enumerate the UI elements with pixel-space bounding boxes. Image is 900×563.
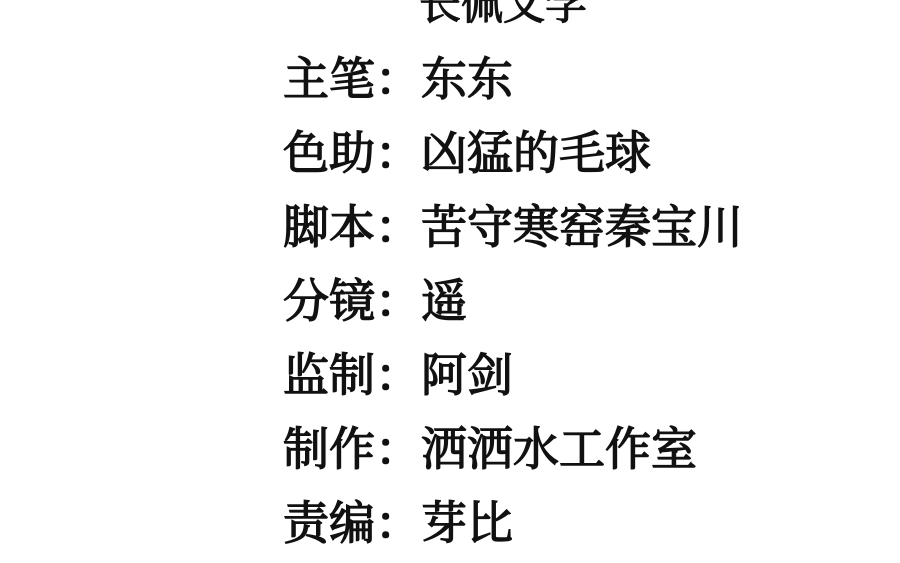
- credit-role: 分镜: [283, 264, 375, 338]
- credit-row-production: 制作：洒洒水工作室: [283, 412, 723, 486]
- credit-name: 阿剑: [421, 338, 513, 412]
- credit-name: 东东: [421, 42, 513, 116]
- credits-block: 长佩文学 主笔：东东 色助：凶猛的毛球 脚本：苦守寒窑秦宝川 分镜：遥 监制：阿…: [283, 0, 723, 560]
- credit-role: 主笔: [283, 42, 375, 116]
- credit-role: 色助: [283, 116, 375, 190]
- credit-row-lead-artist: 主笔：东东: [283, 42, 723, 116]
- credit-colon: ：: [375, 116, 421, 190]
- credit-name: 芽比: [421, 486, 513, 560]
- credit-row-script: 脚本：苦守寒窑秦宝川: [283, 190, 723, 264]
- credit-name: 凶猛的毛球: [421, 116, 651, 190]
- credits-page: 长佩文学 主笔：东东 色助：凶猛的毛球 脚本：苦守寒窑秦宝川 分镜：遥 监制：阿…: [0, 0, 900, 563]
- credit-colon: ：: [375, 190, 421, 264]
- credit-colon: ：: [375, 264, 421, 338]
- credit-name: 遥: [421, 264, 467, 338]
- credit-colon: ：: [375, 412, 421, 486]
- credit-colon: ：: [375, 42, 421, 116]
- credit-colon: ：: [375, 486, 421, 560]
- credit-role: 责编: [283, 486, 375, 560]
- credit-row-supervisor: 监制：阿剑: [283, 338, 723, 412]
- credit-role: 制作: [283, 412, 375, 486]
- credit-row-editor: 责编：芽比: [283, 486, 723, 560]
- publisher-title-row: 长佩文学: [283, 0, 723, 42]
- publisher-title: 长佩文学: [419, 0, 587, 42]
- credit-role: 监制: [283, 338, 375, 412]
- credit-colon: ：: [375, 338, 421, 412]
- credit-name: 洒洒水工作室: [421, 412, 697, 486]
- credit-row-storyboard: 分镜：遥: [283, 264, 723, 338]
- credit-role: 脚本: [283, 190, 375, 264]
- credit-row-color-assistant: 色助：凶猛的毛球: [283, 116, 723, 190]
- credit-name: 苦守寒窑秦宝川: [421, 190, 743, 264]
